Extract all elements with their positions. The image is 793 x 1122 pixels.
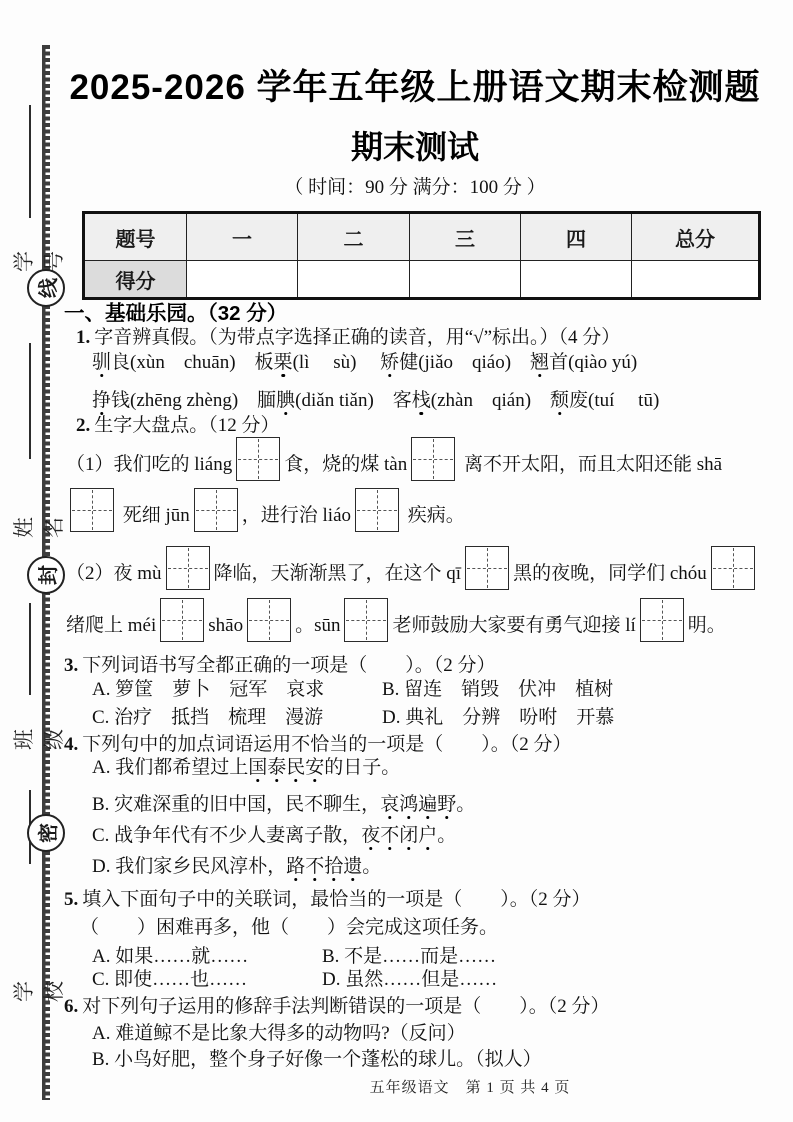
emphasized-char: 拾 — [324, 851, 343, 878]
question-1-prompt: 1.字音辨真假。（为带点字选择正确的读音，用“√”标出。）（4 分） — [76, 322, 620, 349]
page-footer: 五年级语文 第 1 页 共 4 页 — [270, 1076, 670, 1097]
score-table-header-cell: 二 — [298, 213, 410, 261]
q2-sentence-1-line-1: （1）我们吃的 liáng食，烧的煤 tàn 离不开太阳，而且太阳还能 shā — [66, 437, 722, 489]
q5-options-row-2: C. 即使……也……D. 虽然……但是…… — [92, 964, 497, 991]
q4-option-a: A. 我们都希望过上国泰民安的日子。 — [92, 752, 400, 779]
score-cell[interactable] — [521, 261, 632, 299]
q4-option-c: C. 战争年代有不少人妻离子散，夜不闭户。 — [92, 820, 456, 847]
character-writing-box[interactable] — [236, 437, 280, 481]
exam-time-score-info: （ 时间：90 分 满分：100 分 ） — [60, 172, 770, 199]
class-label: 班 级 — [8, 688, 36, 778]
character-writing-box[interactable] — [344, 598, 388, 642]
q3-options-row-1: A. 箩筐 萝卜 冠军 哀求B. 留连 销毁 伏冲 植树 — [92, 674, 613, 701]
score-table-header-cell: 题号 — [84, 213, 187, 261]
q1-pinyin-line-1: 驯良(xùn chuān) 板栗(lì sù) 矫健(jiǎo qiáo) 翘首… — [92, 347, 637, 374]
school-label: 学 校 — [8, 940, 36, 1030]
score-table-score-row: 得分 — [84, 261, 760, 299]
score-cell[interactable] — [632, 261, 760, 299]
emphasized-char: 栗 — [274, 347, 293, 374]
emphasized-char: 鸿 — [399, 789, 418, 816]
question-1-number: 1. — [76, 327, 90, 348]
emphasized-char: 哀 — [380, 789, 399, 816]
score-table-header-row: 题号 一 二 三 四 总分 — [84, 213, 760, 261]
emphasized-char: 栈 — [412, 385, 431, 412]
emphasized-char: 野 — [437, 789, 456, 816]
emphasized-char: 民 — [286, 752, 305, 779]
score-table-header-cell: 三 — [410, 213, 521, 261]
name-fill-line[interactable] — [29, 343, 31, 459]
question-5-prompt: 5.填入下面句子中的关联词，最恰当的一项是（ ）。（2 分） — [64, 884, 591, 911]
emphasized-char: 遍 — [418, 789, 437, 816]
emphasized-char: 安 — [305, 752, 324, 779]
q4-option-d: D. 我们家乡民风淳朴，路不拾遗。 — [92, 851, 381, 878]
student-number-fill-line[interactable] — [29, 105, 31, 218]
score-table-header-cell: 一 — [187, 213, 298, 261]
q3-options-row-2: C. 治疗 抵挡 梳理 漫游D. 典礼 分辨 吩咐 开慕 — [92, 702, 614, 729]
score-row-label: 得分 — [84, 261, 187, 299]
score-cell[interactable] — [410, 261, 521, 299]
q1-pinyin-line-2: 挣钱(zhēng zhèng) 腼腆(diǎn tiǎn) 客栈(zhàn qi… — [92, 385, 659, 412]
exam-subtitle: 期末测试 — [60, 122, 770, 168]
q4-option-b: B. 灾难深重的旧中国，民不聊生，哀鸿遍野。 — [92, 789, 475, 816]
emphasized-char: 不 — [305, 851, 324, 878]
q5-option-d: D. 虽然……但是…… — [322, 969, 497, 990]
score-table-header-cell: 四 — [521, 213, 632, 261]
q2-sentence-2-line-2: 绪爬上 méishāo。sūn老师鼓励大家要有勇气迎接 lí明。 — [66, 598, 726, 650]
question-2-number: 2. — [76, 415, 90, 436]
emphasized-char: 不 — [380, 820, 399, 847]
emphasized-char: 路 — [286, 851, 305, 878]
character-writing-box[interactable] — [355, 488, 399, 532]
q3-option-d: D. 典礼 分辨 吩咐 开慕 — [382, 707, 614, 728]
seal-char-mi: 密 — [27, 814, 65, 852]
emphasized-char: 翘 — [530, 347, 549, 374]
seal-char-xian: 线 — [27, 269, 65, 307]
emphasized-char: 泰 — [267, 752, 286, 779]
emphasized-char: 腆 — [276, 385, 295, 412]
q2-sentence-1-line-2: 死细 jūn，进行治 liáo 疾病。 — [66, 488, 465, 540]
question-5-number: 5. — [64, 889, 78, 910]
character-writing-box[interactable] — [194, 488, 238, 532]
emphasized-char: 遗 — [343, 851, 362, 878]
q3-option-a: A. 箩筐 萝卜 冠军 哀求 — [92, 674, 382, 701]
character-writing-box[interactable] — [465, 546, 509, 590]
character-writing-box[interactable] — [711, 546, 755, 590]
q3-option-b: B. 留连 销毁 伏冲 植树 — [382, 679, 613, 700]
q5-option-c: C. 即使……也…… — [92, 964, 322, 991]
emphasized-char: 矫 — [380, 347, 399, 374]
question-2-prompt: 2.生字大盘点。（12 分） — [76, 410, 280, 437]
character-writing-box[interactable] — [70, 488, 114, 532]
q3-option-c: C. 治疗 抵挡 梳理 漫游 — [92, 702, 382, 729]
emphasized-char: 驯 — [92, 347, 111, 374]
q6-option-b: B. 小鸟好肥，整个身子好像一个蓬松的球儿。（拟人） — [92, 1044, 542, 1071]
character-writing-box[interactable] — [247, 598, 291, 642]
emphasized-char: 闭 — [399, 820, 418, 847]
emphasized-char: 挣 — [92, 385, 111, 412]
emphasized-char: 夜 — [361, 820, 380, 847]
exam-title: 2025-2026 学年五年级上册语文期末检测题 — [60, 60, 770, 110]
seal-char-feng: 封 — [27, 556, 65, 594]
emphasized-char: 国 — [248, 752, 267, 779]
score-table: 题号 一 二 三 四 总分 得分 — [82, 211, 761, 300]
emphasized-char: 颓 — [550, 385, 569, 412]
name-label: 姓 名 — [8, 476, 36, 566]
score-cell[interactable] — [187, 261, 298, 299]
question-3-number: 3. — [64, 655, 78, 676]
character-writing-box[interactable] — [411, 437, 455, 481]
emphasized-char: 户 — [418, 820, 437, 847]
q2-sentence-2-line-1: （2）夜 mù降临，天渐渐黑了，在这个 qī黑的夜晚，同学们 chóu — [66, 546, 759, 598]
question-6-prompt: 6.对下列句子运用的修辞手法判断错误的一项是（ ）。（2 分） — [64, 991, 610, 1018]
question-4-number: 4. — [64, 734, 78, 755]
question-3-prompt: 3.下列词语书写全都正确的一项是（ ）。（2 分） — [64, 650, 496, 677]
character-writing-box[interactable] — [160, 598, 204, 642]
q5-sentence: （ ）困难再多，他（ ）会完成这项任务。 — [80, 912, 498, 939]
character-writing-box[interactable] — [640, 598, 684, 642]
question-6-number: 6. — [64, 996, 78, 1017]
q6-option-a: A. 难道鲸不是比象大得多的动物吗?（反问） — [92, 1018, 466, 1045]
score-cell[interactable] — [298, 261, 410, 299]
character-writing-box[interactable] — [166, 546, 210, 590]
score-table-header-cell: 总分 — [632, 213, 760, 261]
